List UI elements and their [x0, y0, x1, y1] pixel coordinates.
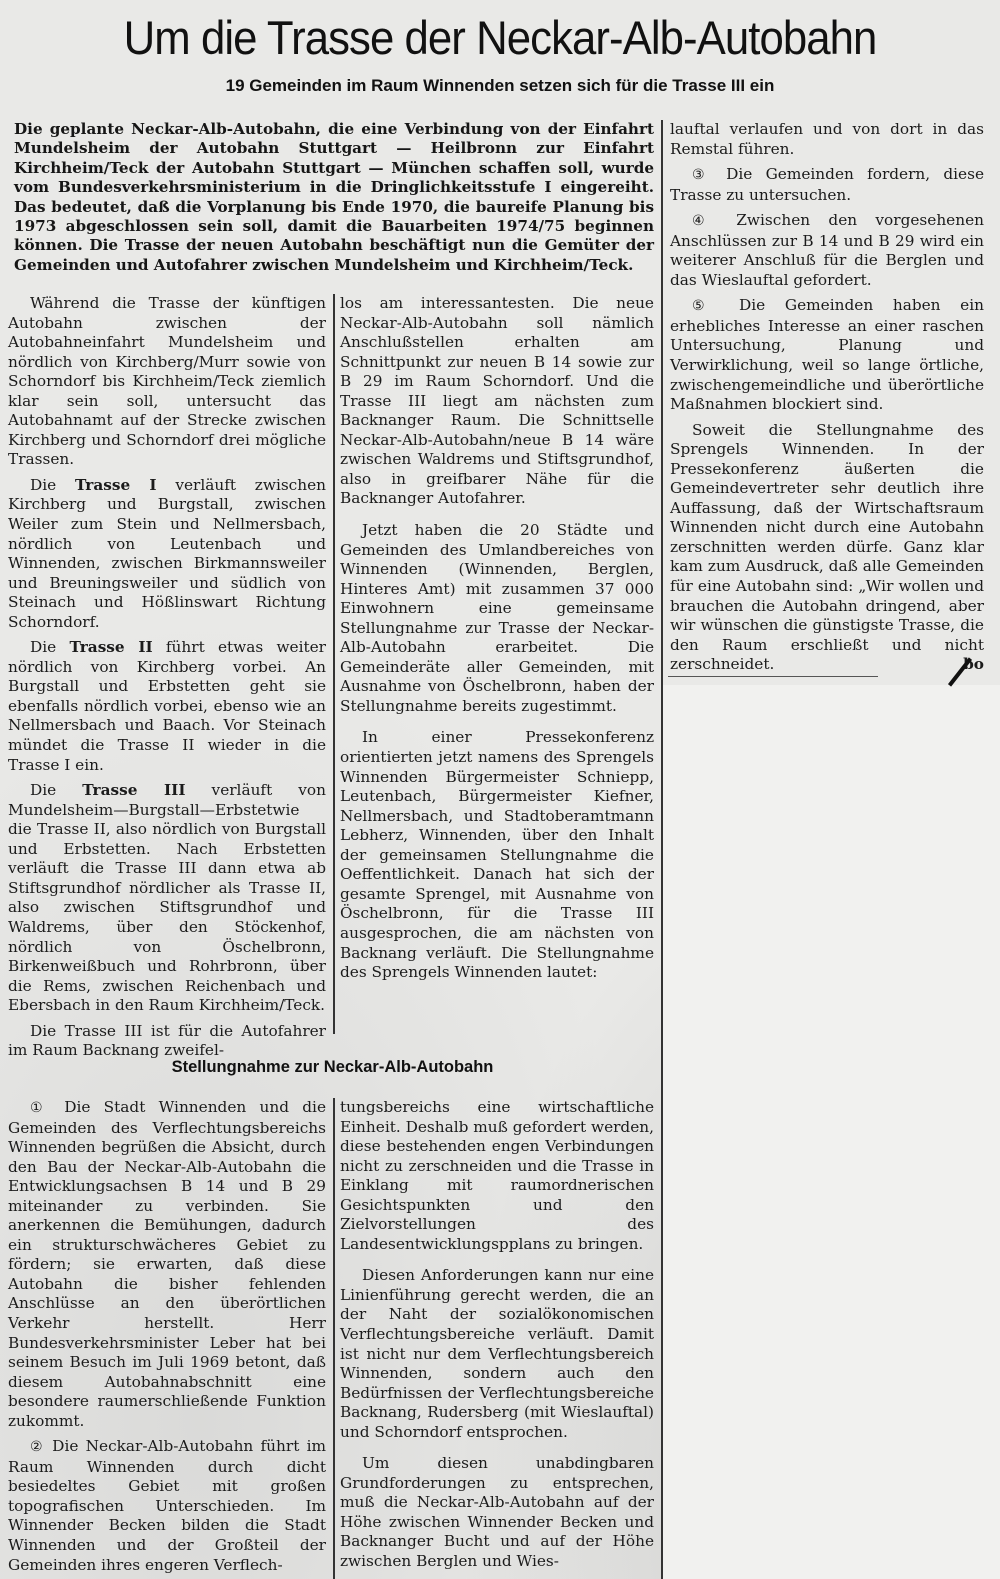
bold-term: Trasse I — [75, 476, 157, 494]
subheadline: 19 Gemeinden im Raum Winnenden setzen si… — [0, 76, 1000, 96]
paragraph-point-5: ⑤ Die Gemeinden haben ein erhebliches In… — [670, 296, 984, 414]
paragraph-trasse-3: Die Trasse III verläuft von Mundelsheim—… — [8, 781, 326, 1016]
paragraph: Während die Trasse der künftigen Autobah… — [8, 294, 326, 470]
paragraph-point-4: ④ Zwischen den vorgesehenen Anschlüssen … — [670, 211, 984, 290]
column-rule — [661, 120, 663, 1579]
text: Die — [30, 476, 75, 494]
paragraph-point-1: ① Die Stadt Winnenden und die Gemeinden … — [8, 1098, 326, 1431]
paragraph-trasse-1: Die Trasse I verläuft zwischen Kirchberg… — [8, 476, 326, 632]
paragraph: tungsbereichs eine wirtschaftliche Einhe… — [340, 1098, 654, 1254]
lead-paragraph: Die geplante Neckar-Alb-Autobahn, die ei… — [14, 120, 654, 275]
text: Zwischen den vorgesehenen Anschlüssen zu… — [670, 211, 984, 289]
article-column-1: Während die Trasse der künftigen Autobah… — [8, 294, 326, 1067]
paragraph-point-3: ③ Die Gemeinden fordern, diese Trasse zu… — [670, 165, 984, 205]
text: verläuft von Mundelsheim—Burgstall—Erbst… — [8, 781, 326, 1014]
circled-number-3: ③ — [692, 167, 713, 183]
circled-number-2: ② — [30, 1439, 45, 1455]
text: Die — [30, 781, 82, 799]
paragraph: Jetzt haben die 20 Städte und Gemeinden … — [340, 521, 654, 716]
paragraph-trasse-2: Die Trasse II führt etwas weiter nördlic… — [8, 638, 326, 775]
article-column-3: lauftal verlaufen und von dort in das Re… — [670, 120, 984, 681]
paragraph: los am interessantesten. Die neue Neckar… — [340, 294, 654, 509]
paragraph: In einer Pressekonferenz orientierten je… — [340, 728, 654, 982]
circled-number-1: ① — [30, 1100, 51, 1116]
column-rule — [333, 1098, 335, 1579]
blank-area — [662, 685, 1000, 1579]
statement-column-2: tungsbereichs eine wirtschaftliche Einhe… — [340, 1098, 654, 1578]
paragraph: lauftal verlaufen und von dort in das Re… — [670, 120, 984, 159]
paragraph: Die Trasse III ist für die Autofahrer im… — [8, 1022, 326, 1061]
text: führt etwas weiter nördlich von Kirchber… — [8, 638, 326, 773]
headline: Um die Trasse der Neckar-Alb-Autobahn — [35, 10, 965, 65]
text: Soweit die Stellungnahme des Sprengels W… — [670, 421, 984, 674]
text: Die Neckar-Alb-Autobahn führt im Raum Wi… — [8, 1437, 326, 1573]
paragraph: Um diesen unabdingbaren Grundforderungen… — [340, 1454, 654, 1571]
text: Die — [30, 638, 69, 656]
paragraph-point-2: ② Die Neckar-Alb-Autobahn führt im Raum … — [8, 1437, 326, 1575]
text: Die Stadt Winnenden und die Gemeinden de… — [8, 1098, 326, 1430]
circled-number-5: ⑤ — [692, 298, 719, 314]
text: Die Gemeinden fordern, diese Trasse zu u… — [670, 165, 984, 204]
bold-term: Trasse III — [82, 781, 185, 799]
paragraph: Diesen Anforderungen kann nur eine Linie… — [340, 1266, 654, 1442]
paragraph: Soweit die Stellungnahme des Sprengels W… — [670, 421, 984, 675]
column-rule — [333, 294, 335, 1034]
statement-title: Stellungnahme zur Neckar-Alb-Autobahn — [0, 1058, 665, 1077]
article-column-2: los am interessantesten. Die neue Neckar… — [340, 294, 654, 989]
circled-number-4: ④ — [692, 213, 718, 229]
bold-term: Trasse II — [69, 638, 152, 656]
statement-column-1: ① Die Stadt Winnenden und die Gemeinden … — [8, 1098, 326, 1579]
text: verläuft zwischen Kirchberg und Burgstal… — [8, 476, 326, 631]
